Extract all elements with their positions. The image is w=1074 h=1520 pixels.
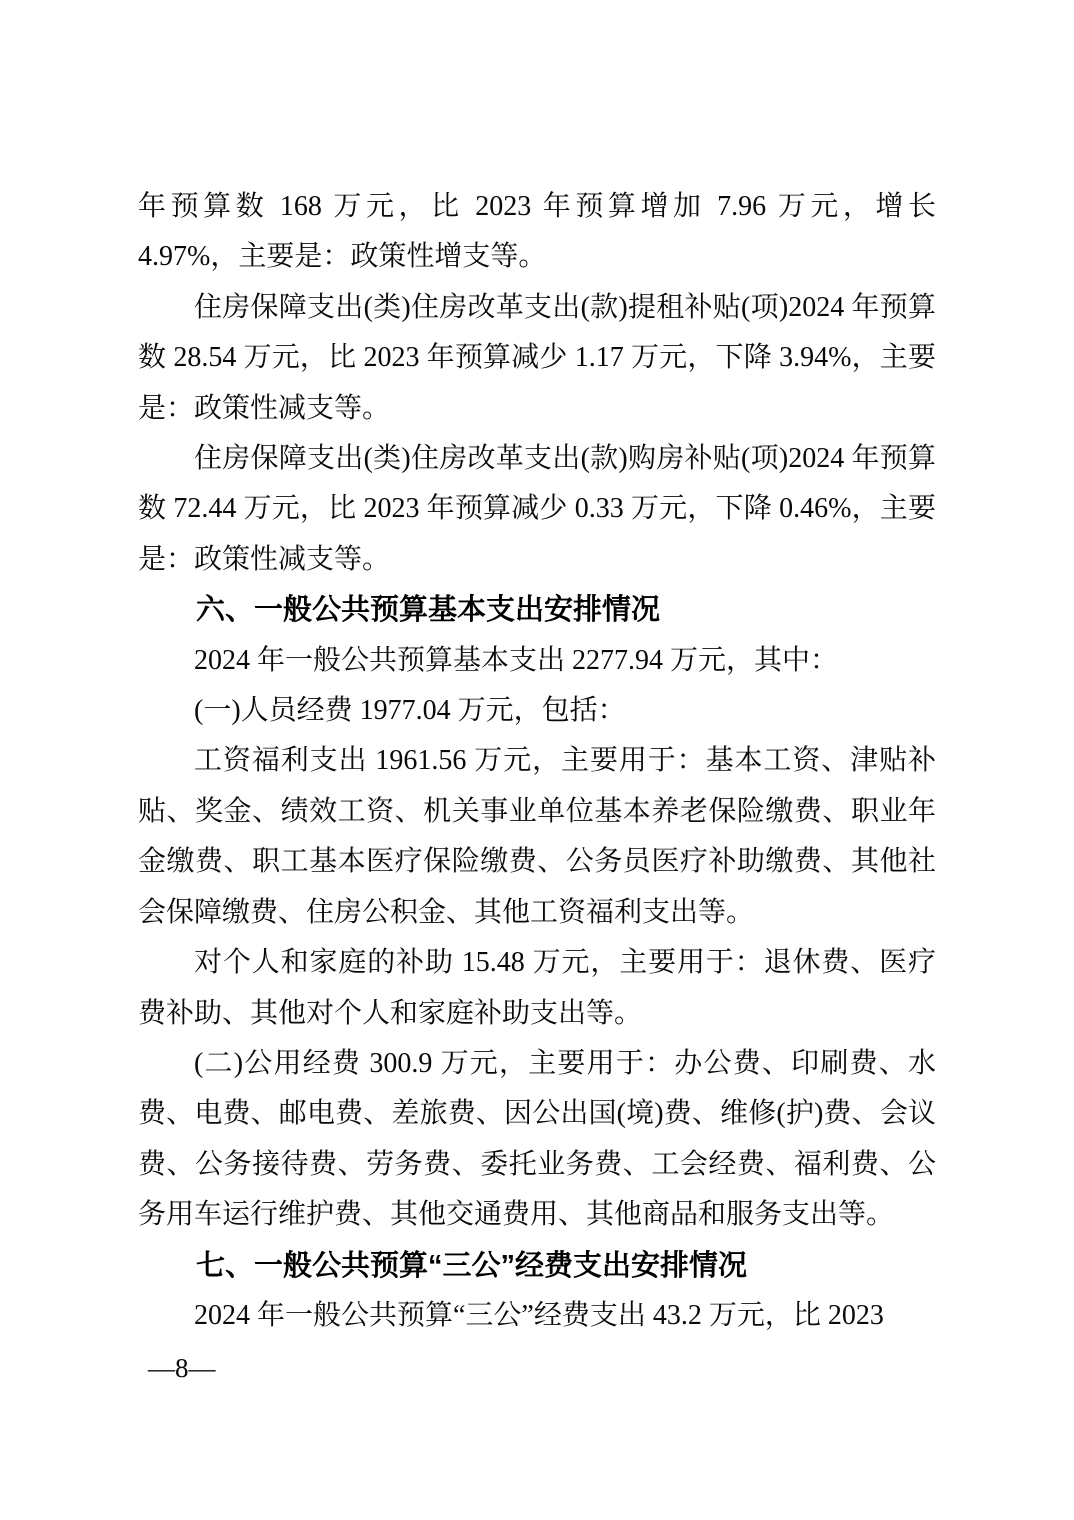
page-number: —8—: [148, 1348, 216, 1388]
paragraph: 2024 年一般公共预算基本支出 2277.94 万元，其中：: [138, 636, 936, 686]
section-heading: 七、一般公共预算“三公”经费支出安排情况: [138, 1241, 936, 1291]
paragraph: 年预算数 168 万元，比 2023 年预算增加 7.96 万元，增长 4.97…: [138, 182, 936, 283]
paragraph: 工资福利支出 1961.56 万元，主要用于：基本工资、津贴补贴、奖金、绩效工资…: [138, 736, 936, 938]
paragraph: 2024 年一般公共预算“三公”经费支出 43.2 万元，比 2023: [138, 1291, 936, 1341]
paragraph: 对个人和家庭的补助 15.48 万元，主要用于：退休费、医疗费补助、其他对个人和…: [138, 938, 936, 1039]
section-heading: 六、一般公共预算基本支出安排情况: [138, 585, 936, 635]
paragraph: (二)公用经费 300.9 万元，主要用于：办公费、印刷费、水费、电费、邮电费、…: [138, 1039, 936, 1241]
paragraph: 住房保障支出(类)住房改革支出(款)购房补贴(项)2024 年预算数 72.44…: [138, 434, 936, 585]
paragraph: 住房保障支出(类)住房改革支出(款)提租补贴(项)2024 年预算数 28.54…: [138, 283, 936, 434]
document-content: 年预算数 168 万元，比 2023 年预算增加 7.96 万元，增长 4.97…: [138, 182, 936, 1341]
document-page: 年预算数 168 万元，比 2023 年预算增加 7.96 万元，增长 4.97…: [0, 0, 1074, 1520]
paragraph: (一)人员经费 1977.04 万元，包括：: [138, 686, 936, 736]
